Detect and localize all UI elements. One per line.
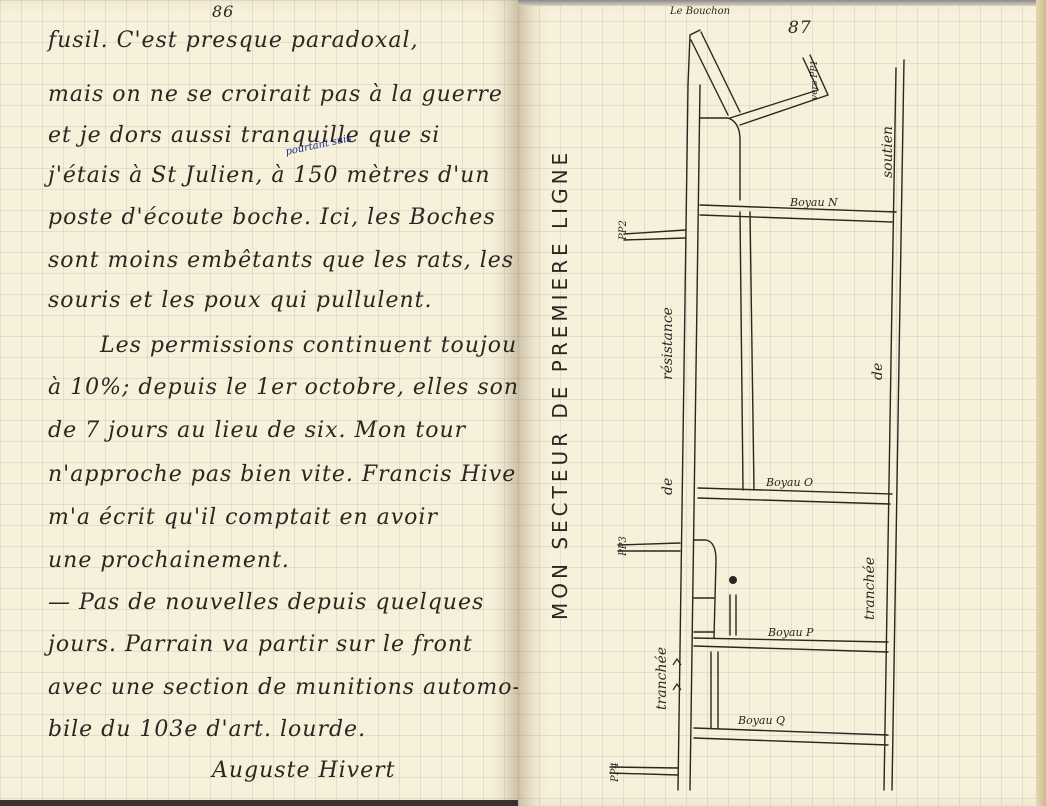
label-boyau-q: Boyau Q: [738, 714, 785, 727]
label-left-trench-mid: de: [660, 478, 676, 495]
label-right-trench-mid: de: [870, 363, 886, 380]
marker-dot: [729, 576, 737, 584]
text-line: de 7 jours au lieu de six. Mon tour: [48, 418, 466, 443]
text-line: fusil. C'est presque paradoxal,: [48, 28, 419, 53]
text-line: n'approche pas bien vite. Francis Hivert: [48, 462, 538, 487]
text-line: Les permissions continuent toujours: [100, 333, 541, 358]
text-line: et je dors aussi tranquille que si: [48, 123, 440, 148]
label-right-trench-bottom: tranchée: [862, 557, 878, 620]
label-pp2: PP2: [618, 220, 629, 240]
label-left-trench-bottom: tranchée: [654, 647, 670, 710]
text-line: poste d'écoute boche. Ici, les Boches: [48, 205, 496, 230]
label-boyau-p: Boyau P: [768, 626, 813, 639]
label-vers-pp1: vers PP1: [810, 60, 820, 100]
label-boyau-n: Boyau N: [790, 196, 838, 209]
label-pp3: PP3: [618, 536, 629, 556]
text-line: souris et les poux qui pullulent.: [48, 288, 432, 313]
label-right-trench-top: soutien: [880, 126, 896, 178]
text-line: à 10%; depuis le 1er octobre, elles sont: [48, 375, 529, 400]
text-line: — Pas de nouvelles depuis quelques: [48, 590, 484, 615]
text-line: bile du 103e d'art. lourde.: [48, 717, 366, 742]
signature: Auguste Hivert: [212, 758, 395, 783]
text-line: m'a écrit qu'il comptait en avoir: [48, 505, 438, 530]
label-pp4: PP4: [610, 762, 621, 782]
label-left-trench-top: résistance: [660, 307, 676, 380]
page-edge: [1036, 0, 1046, 806]
page-number-left: 86: [212, 2, 234, 21]
page-shadow: [0, 800, 518, 806]
text-line: une prochainement.: [48, 548, 290, 573]
label-le-bouchon: Le Bouchon: [670, 6, 730, 17]
label-boyau-o: Boyau O: [766, 476, 813, 489]
map-title: MON SECTEUR DE PREMIERE LIGNE: [548, 149, 572, 620]
text-line: avec une section de munitions automo-: [48, 675, 521, 700]
text-line: mais on ne se croirait pas à la guerre: [48, 82, 503, 107]
text-line: j'étais à St Julien, à 150 mètres d'un: [48, 163, 491, 188]
left-page: 86 fusil. C'est presque paradoxal, mais …: [0, 0, 518, 806]
text-line: sont moins embêtants que les rats, les: [48, 248, 514, 273]
trench-map: [518, 0, 1046, 806]
notebook-spread: 86 fusil. C'est presque paradoxal, mais …: [0, 0, 1046, 806]
text-line: jours. Parrain va partir sur le front: [48, 632, 473, 657]
right-page: 87: [518, 0, 1046, 806]
